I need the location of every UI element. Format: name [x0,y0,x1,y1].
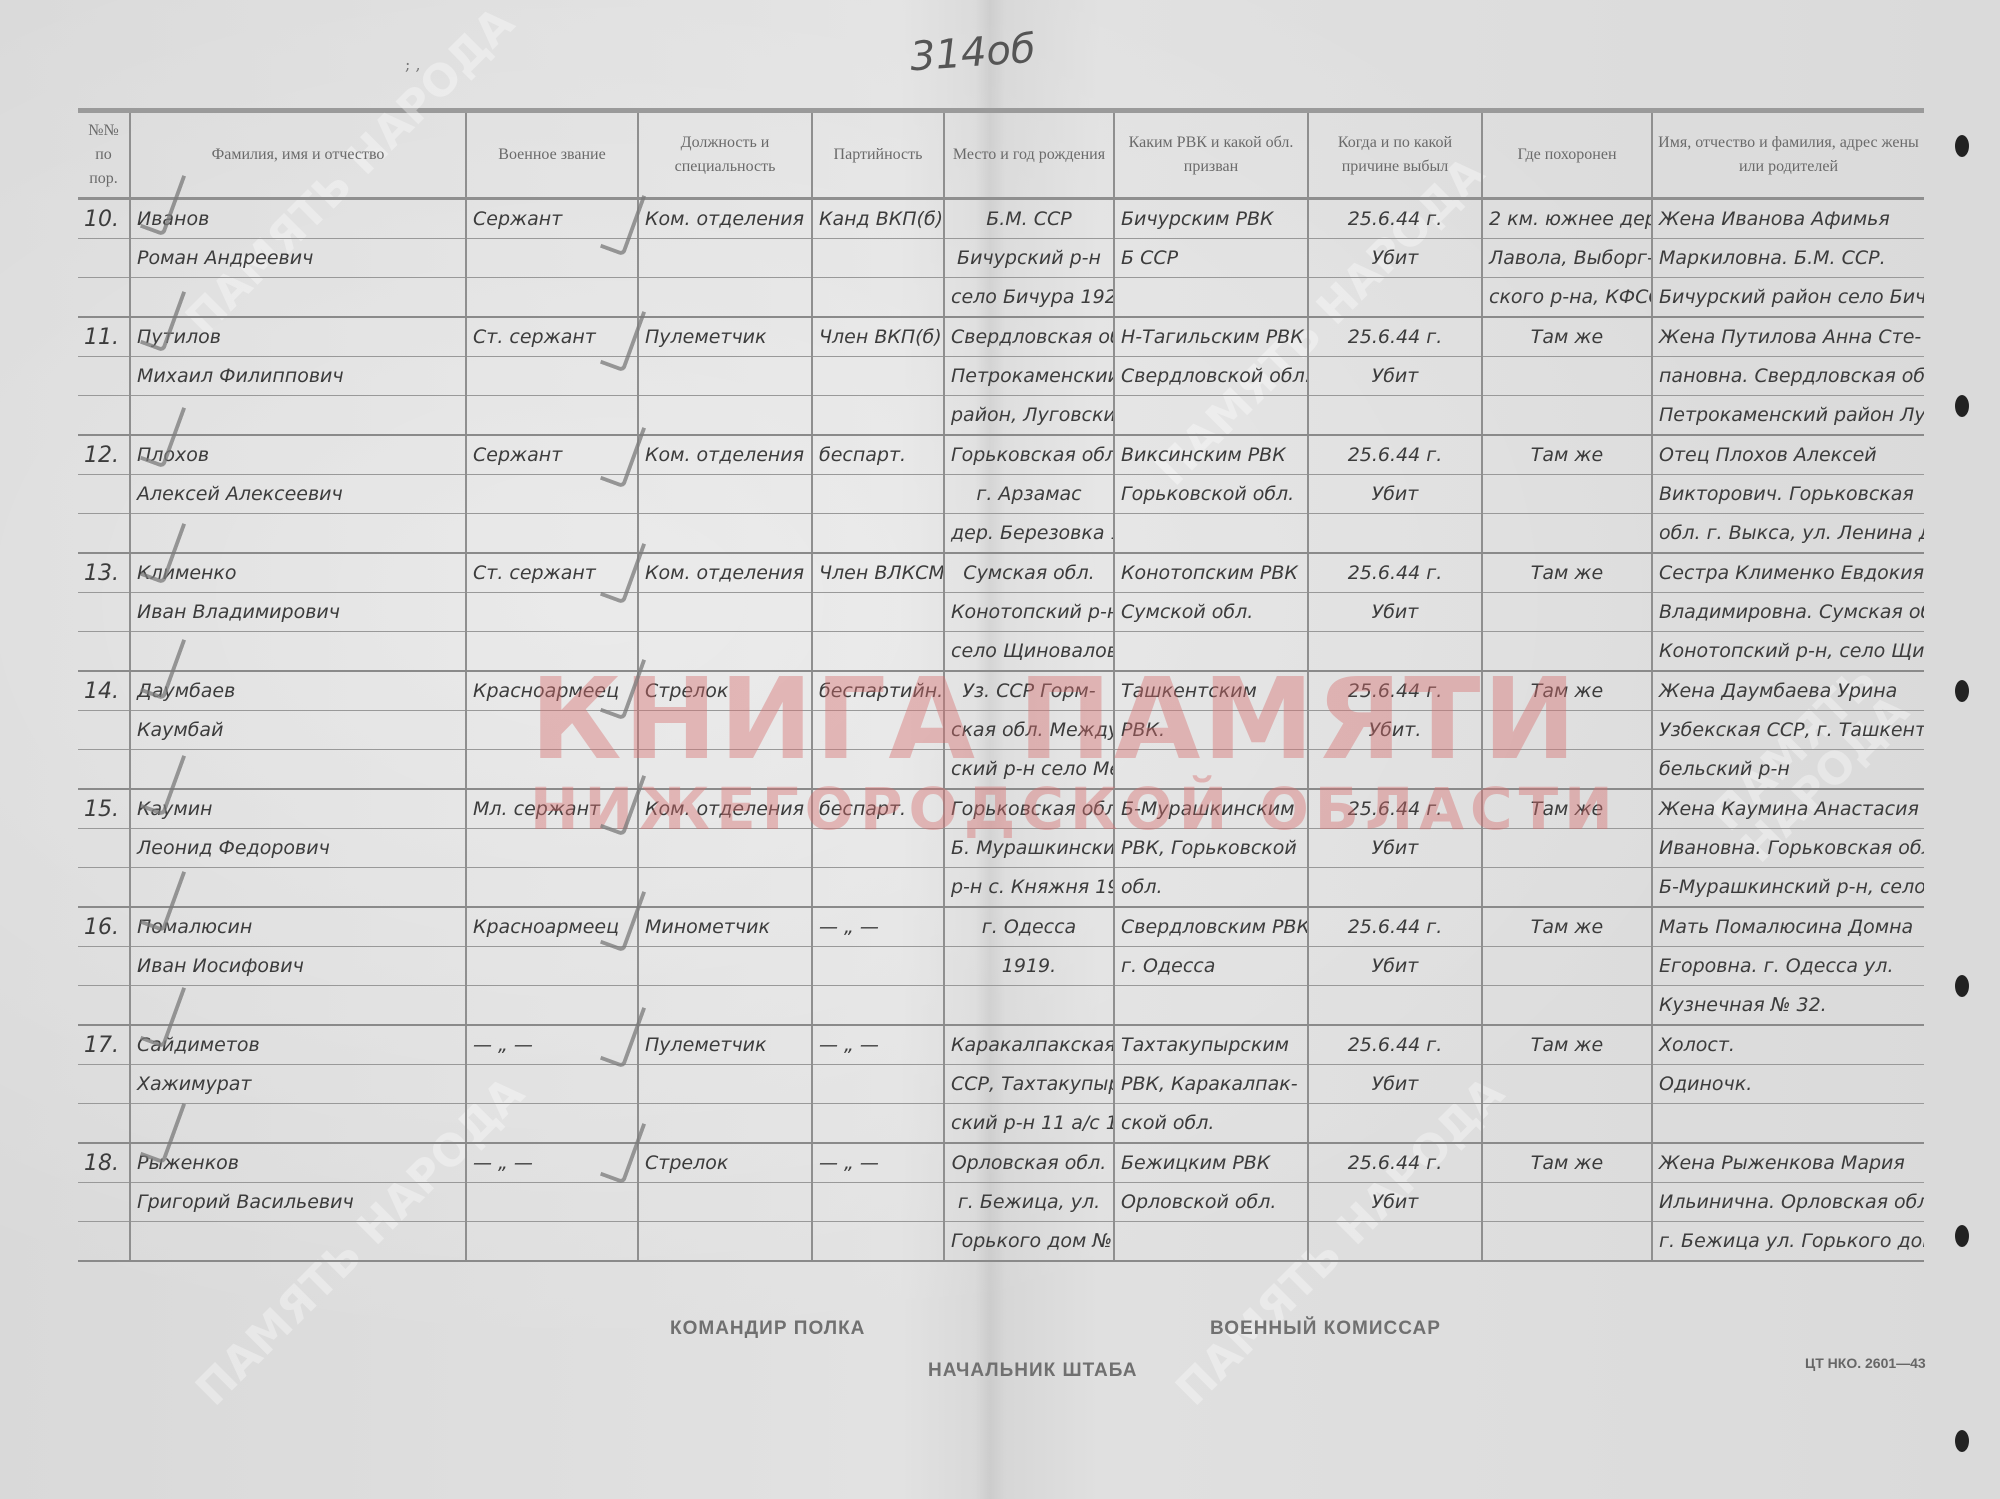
cell-buried [1482,475,1652,514]
header-col-burial: Где похоронен [1482,113,1652,199]
table-row: 10.ИвановСержантКом. отделенияКанд ВКП(б… [78,199,1924,239]
binding-hole [1955,975,1969,997]
table-row: Горького дом № 34 1913.г. Бежица ул. Гор… [78,1222,1924,1262]
cell-birth: р-н с. Княжня 1907. [944,868,1114,908]
cell-when [1308,278,1482,318]
binding-hole [1955,395,1969,417]
cell-rank [466,986,638,1026]
cell-buried: Там же [1482,317,1652,357]
cell-party: — „ — [812,1143,944,1183]
cell-position [638,1065,812,1104]
cell-birth: г. Бежица, ул. [944,1183,1114,1222]
cell-position [638,396,812,436]
cell-party: — „ — [812,1025,944,1065]
cell-relatives: Одиночк. [1652,1065,1924,1104]
cell-buried: Там же [1482,553,1652,593]
cell-rvk: Горьковской обл. [1114,475,1308,514]
cell-name: Роман Андреевич [130,239,466,278]
table-row: Григорий Васильевичг. Бежица, ул.Орловск… [78,1183,1924,1222]
cell-birth: район, Луговский с/совет д. В. Путилово … [944,396,1114,436]
cell-relatives [1652,1104,1924,1144]
cell-birth: г. Одесса [944,907,1114,947]
cell-relatives: обл. г. Выкса, ул. Ленина дом № 7. [1652,514,1924,554]
cell-relatives: Жена Даумбаева Урина [1652,671,1924,711]
cell-num [78,868,130,908]
cell-when: Убит [1308,475,1482,514]
cell-position [638,239,812,278]
cell-rvk: РВК, Каракалпак- [1114,1065,1308,1104]
commander-signature-label: КОМАНДИР ПОЛКА [670,1318,865,1340]
cell-rvk: Н-Тагильским РВК [1114,317,1308,357]
cell-name: Алексей Алексеевич [130,475,466,514]
cell-birth: ССР, Тахтакупыр- [944,1065,1114,1104]
cell-num [78,1065,130,1104]
cell-buried [1482,1222,1652,1262]
table-row: р-н с. Княжня 1907.обл.Б-Мурашкинский р-… [78,868,1924,908]
cell-rvk: ской обл. [1114,1104,1308,1144]
cell-num: 13. [78,553,130,593]
cell-rvk: Конотопским РВК [1114,553,1308,593]
cell-rvk: Б ССР [1114,239,1308,278]
cell-birth: г. Арзамас [944,475,1114,514]
cell-party [812,1183,944,1222]
cell-party [812,278,944,318]
cell-rvk: Бежицким РВК [1114,1143,1308,1183]
cell-rvk: Виксинским РВК [1114,435,1308,475]
cell-when: Убит [1308,1065,1482,1104]
cell-buried [1482,1183,1652,1222]
table-row: дер. Березовка 1924обл. г. Выкса, ул. Ле… [78,514,1924,554]
cell-relatives: Викторович. Горьковская [1652,475,1924,514]
table-row: Иван ВладимировичКонотопский р-нСумской … [78,593,1924,632]
cell-rvk: Свердловским РВК [1114,907,1308,947]
cell-party [812,1065,944,1104]
cell-name: Рыженков [130,1143,466,1183]
cell-relatives: Сестра Клименко Евдокия [1652,553,1924,593]
cell-birth: Петрокаменский [944,357,1114,396]
table-row: Кузнечная № 32. [78,986,1924,1026]
cell-name: Клименко [130,553,466,593]
cell-when: Убит [1308,357,1482,396]
cell-rank [466,868,638,908]
cell-position: Пулеметчик [638,1025,812,1065]
cell-position: Стрелок [638,1143,812,1183]
cell-num [78,947,130,986]
cell-buried: Лавола, Выборг- [1482,239,1652,278]
cell-buried: 2 км. южнее дер. [1482,199,1652,239]
cell-name: Путилов [130,317,466,357]
cell-relatives: Жена Путилова Анна Сте- [1652,317,1924,357]
binding-hole [1955,1430,1969,1452]
cell-rank [466,1222,638,1262]
cell-relatives: Егоровна. г. Одесса ул. [1652,947,1924,986]
table-row: 17.Сайдиметов— „ —Пулеметчик— „ —Каракал… [78,1025,1924,1065]
cell-buried [1482,947,1652,986]
cell-when: 25.6.44 г. [1308,1143,1482,1183]
document-page: ; , 314об ПАМЯТЬ НАРОДА ПАМЯТЬ НАРОДА ПА… [0,0,2000,1499]
cell-num: 15. [78,789,130,829]
cell-num: 12. [78,435,130,475]
cell-rvk: Тахтакупырским [1114,1025,1308,1065]
cell-relatives: Отец Плохов Алексей [1652,435,1924,475]
page-number: 314об [909,26,1037,81]
cell-relatives: Конотопский р-н, село Щиноваловка [1652,632,1924,672]
cell-num [78,1104,130,1144]
cell-position: Пулеметчик [638,317,812,357]
cell-position [638,947,812,986]
cell-when: 25.6.44 г. [1308,553,1482,593]
cell-rvk: г. Одесса [1114,947,1308,986]
cell-name: Хажимурат [130,1065,466,1104]
cell-position [638,1104,812,1144]
cell-rvk [1114,514,1308,554]
cell-party: беспарт. [812,435,944,475]
table-row: село Бичура 1920.ского р-на, КФССР. кв/3… [78,278,1924,318]
cell-position: Ком. отделения [638,199,812,239]
binding-hole [1955,680,1969,702]
cell-position: Ком. отделения [638,553,812,593]
cell-num [78,829,130,868]
cell-num [78,396,130,436]
cell-relatives: Жена Каумина Анастасия [1652,789,1924,829]
cell-position [638,593,812,632]
cell-num: 18. [78,1143,130,1183]
cell-when: 25.6.44 г. [1308,1025,1482,1065]
cell-rvk: Бичурским РВК [1114,199,1308,239]
cell-relatives: Бичурский район село Бичура [1652,278,1924,318]
table-row: Алексей Алексеевичг. АрзамасГорьковской … [78,475,1924,514]
cell-when: 25.6.44 г. [1308,435,1482,475]
cell-rank [466,947,638,986]
cell-name: Сайдиметов [130,1025,466,1065]
header-col-rank: Военное звание [466,113,638,199]
cell-when [1308,1104,1482,1144]
cell-name: Даумбаев [130,671,466,711]
cell-relatives: Ильинична. Орловская обл. [1652,1183,1924,1222]
chief-of-staff-signature-label: НАЧАЛЬНИК ШТАБА [928,1360,1137,1382]
cell-buried: Там же [1482,1143,1652,1183]
cell-position [638,1183,812,1222]
cell-rank [466,1065,638,1104]
cell-rvk: Сумской обл. [1114,593,1308,632]
table-row: Роман АндреевичБичурский р-нБ ССРУбитЛав… [78,239,1924,278]
header-col-rvk: Каким РВК и какой обл. призван [1114,113,1308,199]
cell-buried [1482,1104,1652,1144]
cell-rank [466,1183,638,1222]
table-row: 11.ПутиловСт. сержантПулеметчикЧлен ВКП(… [78,317,1924,357]
cell-buried: Там же [1482,435,1652,475]
cell-party [812,1104,944,1144]
table-header-row: №№ по пор.Фамилия, имя и отчествоВоенное… [78,113,1924,199]
cell-birth: Свердловская обл. [944,317,1114,357]
cell-position [638,1222,812,1262]
cell-birth: Б.М. ССР [944,199,1114,239]
cell-relatives: Холост. [1652,1025,1924,1065]
cell-num [78,278,130,318]
cell-rvk [1114,396,1308,436]
cell-when: Убит [1308,947,1482,986]
cell-party [812,475,944,514]
cell-num: 17. [78,1025,130,1065]
cell-name: Каумин [130,789,466,829]
cell-num [78,1222,130,1262]
binding-hole [1955,135,1969,157]
cell-when [1308,986,1482,1026]
watermark-subtitle: НИЖЕГОРОДСКОЙ ОБЛАСТИ [530,775,1619,843]
cell-birth: Сумская обл. [944,553,1114,593]
cell-buried [1482,357,1652,396]
cell-buried: ского р-на, КФССР. кв/3894 А/. [1482,278,1652,318]
cell-relatives: пановна. Свердловская обл. [1652,357,1924,396]
cell-buried [1482,868,1652,908]
cell-position: Минометчик [638,907,812,947]
header-col-birth: Место и год рождения [944,113,1114,199]
cell-when: Убит [1308,1183,1482,1222]
cell-relatives: Владимировна. Сумская обл. [1652,593,1924,632]
table-row: ский р-н 11 а/с 1922.ской обл. [78,1104,1924,1144]
cell-position [638,986,812,1026]
cell-party: Канд ВКП(б) [812,199,944,239]
cell-num [78,1183,130,1222]
cell-num [78,986,130,1026]
cell-party: Член ВЛКСМ [812,553,944,593]
table-row: 12.ПлоховСержантКом. отделениябеспарт.Го… [78,435,1924,475]
commissar-signature-label: ВОЕННЫЙ КОМИССАР [1210,1318,1441,1340]
cell-birth: 1919. [944,947,1114,986]
cell-buried [1482,986,1652,1026]
header-col-number: №№ по пор. [78,113,130,199]
cell-party [812,947,944,986]
cell-buried [1482,1065,1652,1104]
table-row: Иван Иосифович1919.г. ОдессаУбитЕгоровна… [78,947,1924,986]
cell-party [812,1222,944,1262]
cell-num [78,475,130,514]
cell-num [78,632,130,672]
cell-name: Иван Иосифович [130,947,466,986]
cell-when [1308,396,1482,436]
cell-birth: село Бичура 1920. [944,278,1114,318]
cell-name: Помалюсин [130,907,466,947]
cell-name: Иванов [130,199,466,239]
cell-party [812,357,944,396]
cell-when: 25.6.44 г. [1308,199,1482,239]
cell-party: Член ВКП(б) [812,317,944,357]
cell-num [78,711,130,750]
cell-name: Григорий Васильевич [130,1183,466,1222]
cell-birth: Каракалпакская [944,1025,1114,1065]
cell-rvk [1114,986,1308,1026]
cell-rvk [1114,278,1308,318]
cell-buried [1482,514,1652,554]
cell-relatives: Жена Рыженкова Мария [1652,1143,1924,1183]
cell-relatives: бельский р-н [1652,750,1924,790]
cell-when: 25.6.44 г. [1308,907,1482,947]
cell-name: Каумбай [130,711,466,750]
cell-when [1308,514,1482,554]
cell-num [78,514,130,554]
cell-rank [466,278,638,318]
table-row: 18.Рыженков— „ —Стрелок— „ —Орловская об… [78,1143,1924,1183]
header-col-position: Должность и специальность [638,113,812,199]
cell-birth: Конотопский р-н [944,593,1114,632]
header-col-party: Партийность [812,113,944,199]
cell-rank [466,396,638,436]
cell-relatives: Ивановна. Горьковская обл. [1652,829,1924,868]
form-code: ЦТ НКО. 2601—43 [1805,1355,1926,1371]
cell-relatives: г. Бежица ул. Горького дом № 34 [1652,1222,1924,1262]
cell-position [638,868,812,908]
cell-position [638,475,812,514]
cell-name: Плохов [130,435,466,475]
cell-num [78,239,130,278]
cell-when: Убит [1308,239,1482,278]
cell-when: 25.6.44 г. [1308,317,1482,357]
cell-num [78,357,130,396]
cell-buried: Там же [1482,907,1652,947]
cell-num [78,593,130,632]
header-col-when-reason: Когда и по какой причине выбыл [1308,113,1482,199]
cell-party [812,239,944,278]
cell-buried [1482,396,1652,436]
cell-birth: Орловская обл. [944,1143,1114,1183]
cell-name: Михаил Филиппович [130,357,466,396]
cell-when: Убит [1308,593,1482,632]
cell-birth: ский р-н 11 а/с 1922. [944,1104,1114,1144]
cell-birth: Горьковская обл. [944,435,1114,475]
cell-relatives: Кузнечная № 32. [1652,986,1924,1026]
table-row: район, Луговский с/совет д. В. Путилово … [78,396,1924,436]
cell-buried [1482,593,1652,632]
cell-relatives: Маркиловна. Б.М. ССР. [1652,239,1924,278]
cell-birth [944,986,1114,1026]
watermark-title: КНИГА ПАМЯТИ [530,655,1578,785]
cell-birth: Бичурский р-н [944,239,1114,278]
cell-rank [466,514,638,554]
cell-birth: Горького дом № 34 1913. [944,1222,1114,1262]
cell-position [638,514,812,554]
cell-birth: дер. Березовка 1924 [944,514,1114,554]
cell-position [638,278,812,318]
cell-num: 16. [78,907,130,947]
cell-relatives: Жена Иванова Афимья [1652,199,1924,239]
cell-party: — „ — [812,907,944,947]
cell-rank [466,1104,638,1144]
header-col-relatives: Имя, отчество и фамилия, адрес жены или … [1652,113,1924,199]
cell-name [130,1222,466,1262]
cell-party [812,514,944,554]
cell-relatives: Петрокаменский район Луговский с/с д. В.… [1652,396,1924,436]
cell-relatives: Б-Мурашкинский р-н, село Княжня. [1652,868,1924,908]
table-row: 13.КлименкоСт. сержантКом. отделенияЧлен… [78,553,1924,593]
table-row: ХажимуратССР, Тахтакупыр-РВК, Каракалпак… [78,1065,1924,1104]
cell-party [812,868,944,908]
cell-num: 10. [78,199,130,239]
cell-party [812,593,944,632]
cell-position [638,357,812,396]
cell-num: 14. [78,671,130,711]
cell-num [78,750,130,790]
table-row: 16.ПомалюсинКрасноармеецМинометчик— „ —г… [78,907,1924,947]
cell-name: Иван Владимирович [130,593,466,632]
cell-relatives: Мать Помалюсина Домна [1652,907,1924,947]
cell-rvk: Орловской обл. [1114,1183,1308,1222]
cell-rvk: Свердловской обл. [1114,357,1308,396]
cell-when [1308,1222,1482,1262]
cell-party [812,396,944,436]
table-row: Михаил ФилипповичПетрокаменскийСвердловс… [78,357,1924,396]
binding-hole [1955,1225,1969,1247]
cell-rvk: обл. [1114,868,1308,908]
cell-party [812,986,944,1026]
cell-position: Ком. отделения [638,435,812,475]
cell-relatives: Узбекская ССР, г. Ташкент [1652,711,1924,750]
cell-name: Леонид Федорович [130,829,466,868]
cell-when [1308,868,1482,908]
cell-buried: Там же [1482,1025,1652,1065]
cell-num: 11. [78,317,130,357]
cell-rvk [1114,1222,1308,1262]
